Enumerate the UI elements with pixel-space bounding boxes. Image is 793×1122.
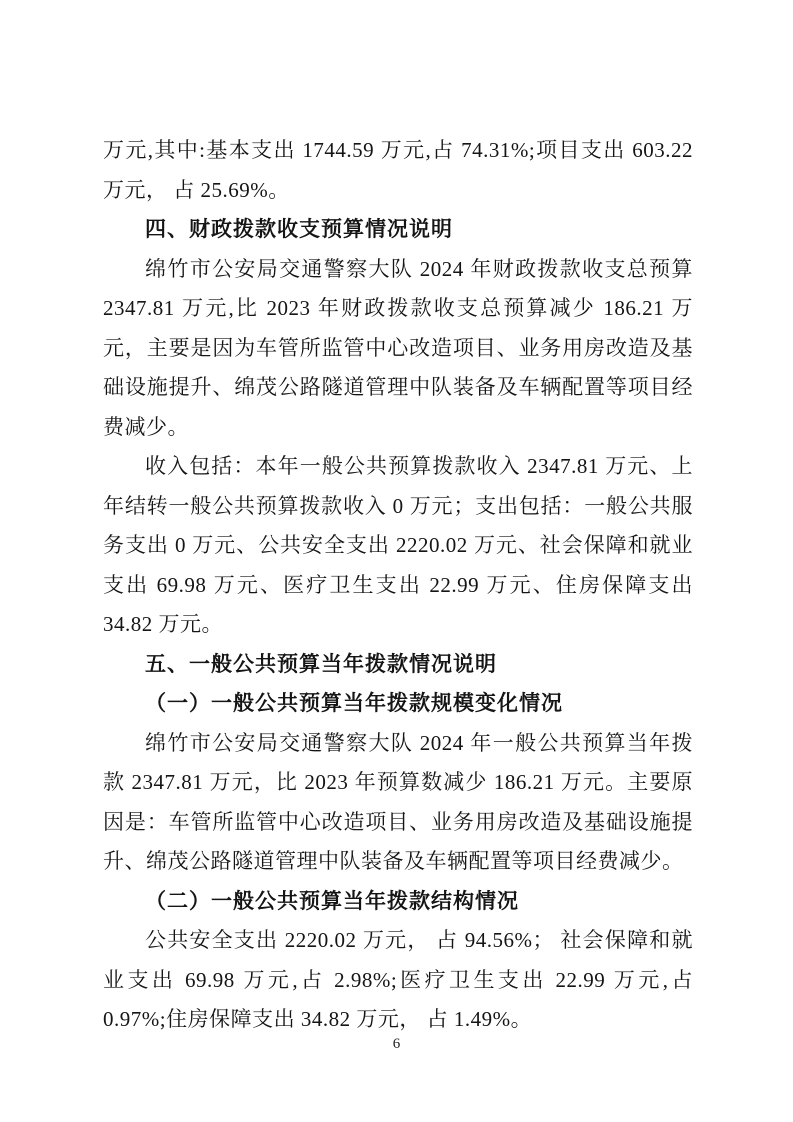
page-number: 6 — [393, 1036, 401, 1052]
document-content: 万元,其中:基本支出 1744.59 万元,占 74.31%;项目支出 603.… — [103, 131, 693, 1040]
section5-heading: 五、一般公共预算当年拨款情况说明 — [103, 645, 693, 685]
section5-sub2-paragraph: 公共安全支出 2220.02 万元， 占 94.56%； 社会保障和就业支出 6… — [103, 921, 693, 1040]
section4-paragraph-2: 收入包括：本年一般公共预算拨款收入 2347.81 万元、上年结转一般公共预算拨… — [103, 447, 693, 645]
section4-heading: 四、财政拨款收支预算情况说明 — [103, 210, 693, 250]
section4-paragraph-1: 绵竹市公安局交通警察大队 2024 年财政拨款收支总预算 2347.81 万元,… — [103, 250, 693, 448]
document-page: 万元,其中:基本支出 1744.59 万元,占 74.31%;项目支出 603.… — [0, 0, 793, 1122]
page-footer: 6 — [0, 1036, 793, 1053]
section5-sub1-paragraph: 绵竹市公安局交通警察大队 2024 年一般公共预算当年拨款 2347.81 万元… — [103, 724, 693, 882]
continuation-paragraph: 万元,其中:基本支出 1744.59 万元,占 74.31%;项目支出 603.… — [103, 131, 693, 210]
section5-sub2-heading: （二）一般公共预算当年拨款结构情况 — [103, 882, 693, 922]
section5-sub1-heading: （一）一般公共预算当年拨款规模变化情况 — [103, 684, 693, 724]
